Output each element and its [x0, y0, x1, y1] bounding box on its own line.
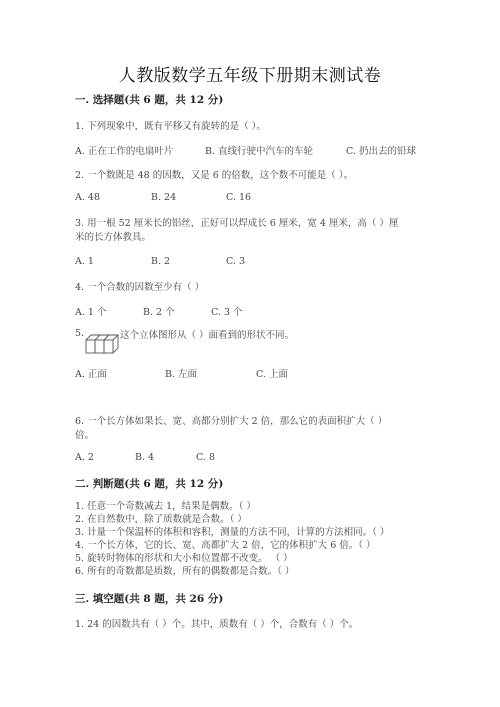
question-5-number: 5.: [75, 328, 84, 339]
question-5: 这个立体图形从（ ）面看到的形状不同。: [120, 327, 294, 341]
section-header-choice: 一. 选择题(共 6 题，共 12 分): [75, 92, 223, 107]
q2-option-a: A. 48: [75, 192, 100, 203]
q6-option-c: C. 8: [196, 452, 215, 463]
fill-question-1: 1. 24 的因数共有（ ）个。其中，质数有（ ）个，合数有（ ）个。: [75, 616, 358, 630]
q5-option-a: A. 正面: [75, 366, 107, 380]
question-6-line2: 倍。: [75, 427, 94, 441]
q1-option-a: A. 正在工作的电扇叶片: [75, 143, 173, 157]
q3-option-a: A. 1: [75, 256, 94, 267]
question-3-line1: 3. 用一根 52 厘米长的铝丝，正好可以焊成长 6 厘米，宽 4 厘米，高（ …: [75, 215, 398, 229]
q1-option-c: C. 扔出去的铅球: [346, 143, 416, 157]
q2-option-b: B. 24: [151, 192, 176, 203]
q6-option-b: B. 4: [135, 452, 154, 463]
question-4: 4. 一个合数的因数至少有（ ）: [75, 279, 204, 293]
q4-option-b: B. 2 个: [143, 304, 175, 318]
question-3-line2: 米的长方体教具。: [75, 229, 151, 243]
q4-option-a: A. 1 个: [75, 304, 106, 318]
section-header-judgment: 二. 判断题(共 6 题，共 12 分): [75, 476, 223, 491]
judgment-item-2: 2. 在自然数中，除了质数就是合数。（ ）: [75, 513, 247, 526]
question-6-line1: 6. 一个长方体如果长、宽、高都分别扩大 2 倍，那么它的表面积扩大（ ）: [75, 413, 387, 427]
q3-option-c: C. 3: [226, 256, 245, 267]
page-title: 人教版数学五年级下册期末测试卷: [0, 61, 500, 86]
judgment-item-1: 1. 任意一个奇数减去 1，结果是偶数。（ ）: [75, 500, 256, 513]
judgment-item-6: 6. 所有的奇数都是质数，所有的偶数都是合数。（ ）: [75, 565, 294, 578]
q2-option-c: C. 16: [226, 192, 251, 203]
section-header-fill-blank: 三. 填空题(共 8 题，共 26 分): [75, 591, 223, 606]
three-cubes-figure: [85, 334, 119, 354]
judgment-item-5: 5. 旋转时物体的形状和大小和位置都不改变。 （ ）: [75, 552, 293, 565]
judgment-item-4: 4. 一个长方体，它的长、宽、高都扩大 2 倍，它的体积扩大 6 倍。（ ）: [75, 539, 376, 552]
judgment-item-3: 3. 计量一个保温杯的体积和容积，测量的方法不同，计算的方法相同。（ ）: [75, 526, 389, 539]
q5-option-b: B. 左面: [165, 366, 197, 380]
q3-option-b: B. 2: [151, 256, 170, 267]
question-1: 1. 下列现象中，既有平移又有旋转的是（ ）。: [75, 118, 266, 132]
q5-option-c: C. 上面: [256, 366, 288, 380]
q4-option-c: C. 3 个: [211, 304, 243, 318]
q1-option-b: B. 直线行驶中汽车的车轮: [205, 143, 313, 157]
question-2: 2. 一个数既是 48 的因数，又是 6 的倍数，这个数不可能是（ ）。: [75, 167, 353, 181]
q6-option-a: A. 2: [75, 452, 94, 463]
